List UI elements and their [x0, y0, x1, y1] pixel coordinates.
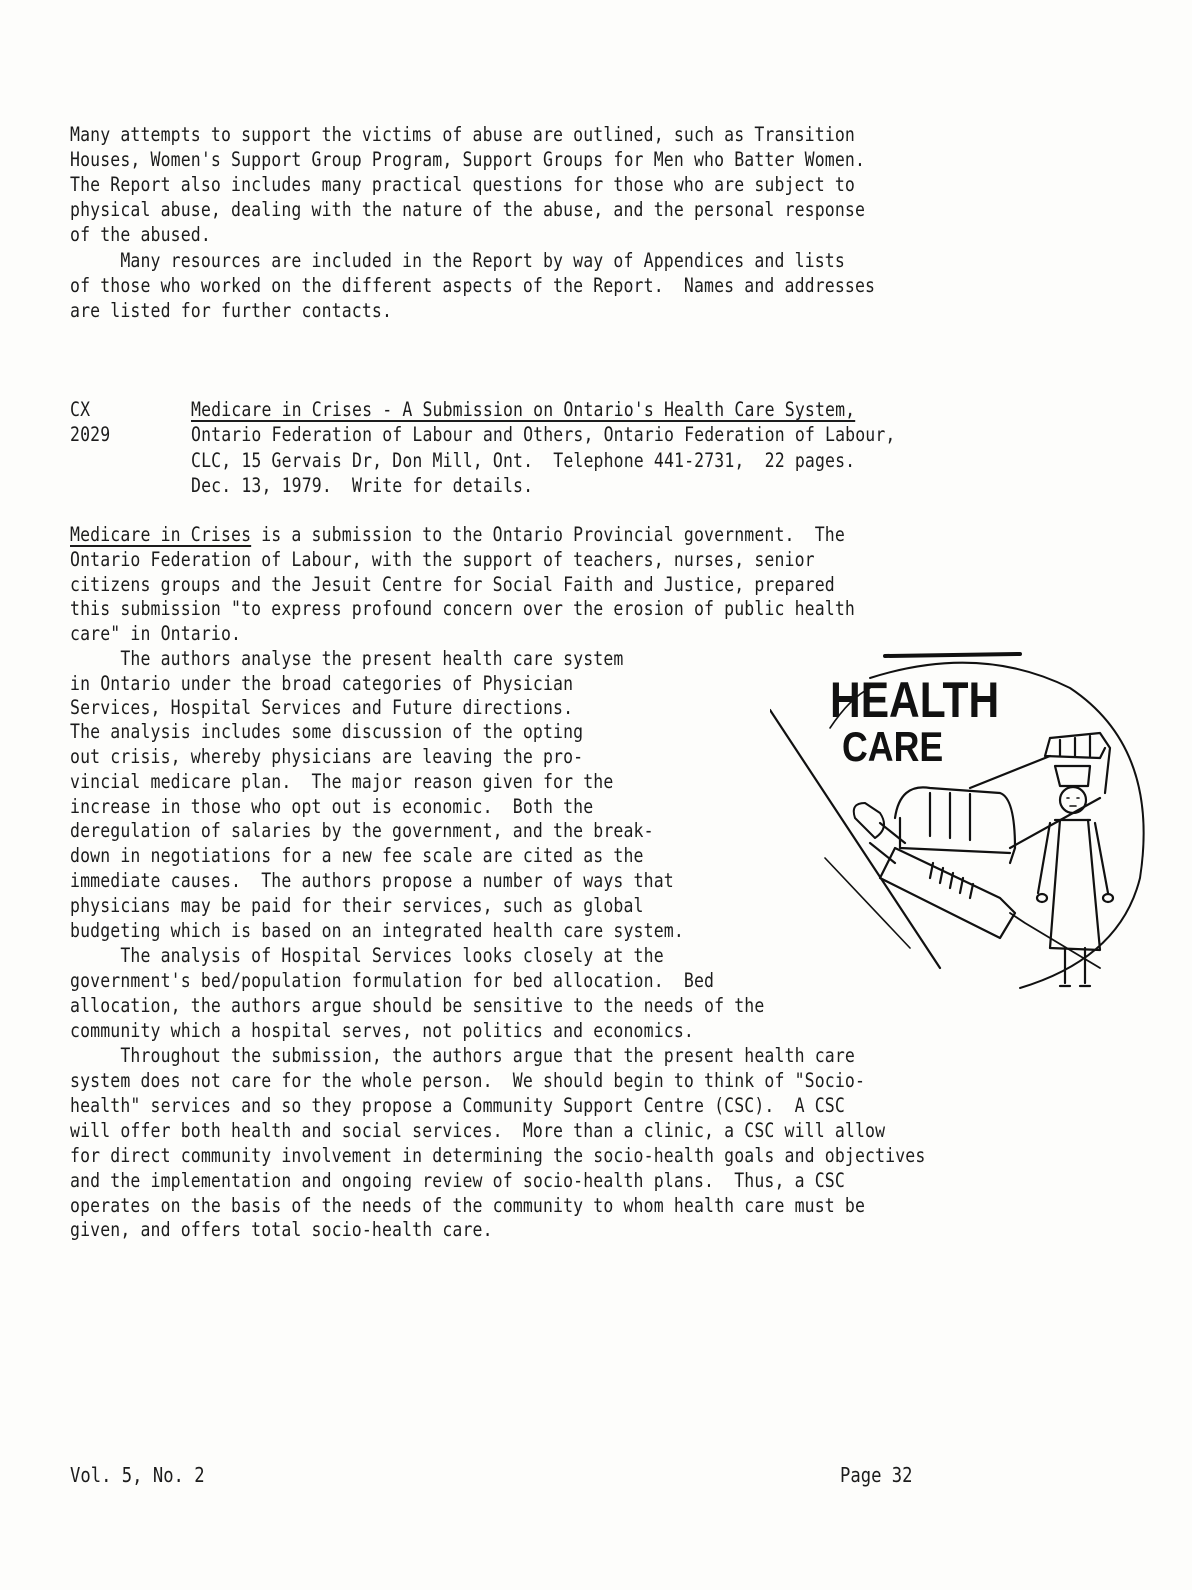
review-line: given, and offers total socio-health car… — [70, 1217, 493, 1242]
review-title-ref: Medicare in Crises — [70, 523, 251, 546]
review-line: operates on the basis of the needs of th… — [70, 1193, 865, 1218]
review-first-line: Medicare in Crises is a submission to th… — [70, 522, 845, 547]
review-line: deregulation of salaries by the governme… — [70, 818, 654, 843]
footer-volume: Vol. 5, No. 2 — [70, 1463, 205, 1487]
review-line: Throughout the submission, the authors a… — [70, 1043, 855, 1068]
review-line: The analysis includes some discussion of… — [70, 719, 583, 744]
intro-line: Many resources are included in the Repor… — [70, 248, 845, 273]
review-line: budgeting which is based on an integrate… — [70, 918, 684, 943]
entry-code-prefix: CX — [70, 397, 90, 422]
review-line: immediate causes. The authors propose a … — [70, 868, 674, 893]
health-care-illustration: HEALTH CARE — [770, 648, 1180, 1006]
review-line: this submission "to express profound con… — [70, 596, 855, 621]
intro-line: physical abuse, dealing with the nature … — [70, 197, 865, 222]
review-line: system does not care for the whole perso… — [70, 1068, 865, 1093]
review-line: citizens groups and the Jesuit Centre fo… — [70, 572, 835, 597]
review-line: for direct community involvement in dete… — [70, 1143, 925, 1168]
review-line: vincial medicare plan. The major reason … — [70, 769, 613, 794]
review-line: The authors analyse the present health c… — [70, 646, 624, 671]
intro-line: Houses, Women's Support Group Program, S… — [70, 147, 865, 172]
entry-code-number: 2029 — [70, 422, 110, 447]
review-line: increase in those who opt out is economi… — [70, 794, 593, 819]
review-line: care" in Ontario. — [70, 621, 241, 646]
illustration-caption-health: HEALTH — [830, 676, 999, 724]
intro-line: Many attempts to support the victims of … — [70, 122, 855, 147]
document-page: Many attempts to support the victims of … — [0, 0, 1192, 1590]
review-line: government's bed/population formulation … — [70, 968, 714, 993]
review-line: will offer both health and social servic… — [70, 1118, 885, 1143]
review-line: community which a hospital serves, not p… — [70, 1018, 694, 1043]
entry-citation-line: Ontario Federation of Labour and Others,… — [191, 422, 895, 447]
illustration-caption-care: CARE — [842, 726, 943, 768]
entry-citation-line: CLC, 15 Gervais Dr, Don Mill, Ont. Telep… — [191, 448, 855, 473]
intro-line: are listed for further contacts. — [70, 298, 392, 323]
entry-title: Medicare in Crises - A Submission on Ont… — [191, 397, 855, 422]
review-line: The analysis of Hospital Services looks … — [70, 943, 664, 968]
review-line: allocation, the authors argue should be … — [70, 993, 764, 1018]
review-line: Ontario Federation of Labour, with the s… — [70, 547, 815, 572]
intro-line: The Report also includes many practical … — [70, 172, 855, 197]
review-line: down in negotiations for a new fee scale… — [70, 843, 644, 868]
review-line: out crisis, whereby physicians are leavi… — [70, 744, 583, 769]
review-line: physicians may be paid for their service… — [70, 893, 644, 918]
intro-line: of those who worked on the different asp… — [70, 273, 875, 298]
review-line: and the implementation and ongoing revie… — [70, 1168, 845, 1193]
entry-citation-line: Dec. 13, 1979. Write for details. — [191, 473, 533, 498]
footer-page-number: Page 32 — [840, 1463, 912, 1487]
review-line: Services, Hospital Services and Future d… — [70, 695, 573, 720]
review-first-line-rest: is a submission to the Ontario Provincia… — [251, 523, 845, 546]
intro-line: of the abused. — [70, 222, 211, 247]
review-line: health" services and so they propose a C… — [70, 1093, 845, 1118]
review-line: in Ontario under the broad categories of… — [70, 671, 573, 696]
